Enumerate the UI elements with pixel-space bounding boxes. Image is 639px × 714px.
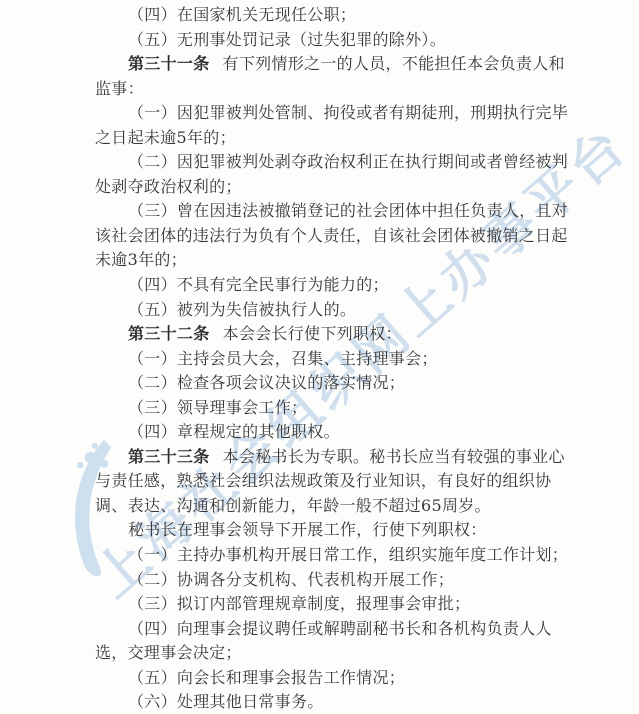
text-line: （一）主持办事机构开展日常工作，组织实施年度工作计划；	[95, 543, 565, 568]
article-number: 第三十一条	[128, 54, 210, 73]
text-line: （四）在国家机关无现任公职；	[95, 3, 565, 28]
text-line: 调、表达、沟通和创新能力，年龄一般不超过65周岁。	[95, 494, 565, 519]
text-line: 该社会团体的违法行为负有个人责任，自该社会团体被撤销之日起	[95, 224, 565, 249]
text-line: （五）被列为失信被执行人的。	[95, 298, 565, 323]
text-line: （五）无刑事处罚记录（过失犯罪的除外）。	[95, 28, 565, 53]
text-line: （二）检查各项会议决议的落实情况；	[95, 371, 565, 396]
text-line: 与责任感，熟悉社会组织法规政策及行业知识，有良好的组织协	[95, 469, 565, 494]
text-line: （六）处理其他日常事务。	[95, 690, 565, 714]
text-line: （四）不具有完全民事行为能力的；	[95, 273, 565, 298]
text-line: 监事：	[95, 77, 565, 102]
text-line: （三）拟订内部管理规章制度，报理事会审批；	[95, 592, 565, 617]
text-line: 第三十二条本会会长行使下列职权：	[95, 322, 565, 347]
document-page: 上海社会组织网上办事平台 （四）在国家机关无现任公职；（五）无刑事处罚记录（过失…	[0, 0, 639, 714]
text-line: 处剥夺政治权利的；	[95, 175, 565, 200]
text-line: 秘书长在理事会领导下开展工作，行使下列职权：	[95, 518, 565, 543]
text-line: （二）协调各分支机构、代表机构开展工作；	[95, 568, 565, 593]
document-body: （四）在国家机关无现任公职；（五）无刑事处罚记录（过失犯罪的除外）。第三十一条有…	[95, 3, 565, 714]
text-line: （三）领导理事会工作；	[95, 396, 565, 421]
article-number: 第三十三条	[128, 447, 210, 466]
text-line: 第三十一条有下列情形之一的人员，不能担任本会负责人和	[95, 52, 565, 77]
text-line: （四）向理事会提议聘任或解聘副秘书长和各机构负责人人	[95, 617, 565, 642]
text-line: （一）主持会员大会，召集、主持理事会；	[95, 347, 565, 372]
article-number: 第三十二条	[128, 324, 210, 343]
text-line: （五）向会长和理事会报告工作情况；	[95, 666, 565, 691]
text-line: 选，交理事会决定；	[95, 641, 565, 666]
text-line: （二）因犯罪被判处剥夺政治权利正在执行期间或者曾经被判	[95, 150, 565, 175]
text-line: （三）曾在因违法被撤销登记的社会团体中担任负责人，且对	[95, 199, 565, 224]
text-line: 之日起未逾5年的；	[95, 126, 565, 151]
text-line: 未逾3年的；	[95, 248, 565, 273]
text-line: （四）章程规定的其他职权。	[95, 420, 565, 445]
text-line: （一）因犯罪被判处管制、拘役或者有期徒刑，刑期执行完毕	[95, 101, 565, 126]
text-line: 第三十三条本会秘书长为专职。秘书长应当有较强的事业心	[95, 445, 565, 470]
